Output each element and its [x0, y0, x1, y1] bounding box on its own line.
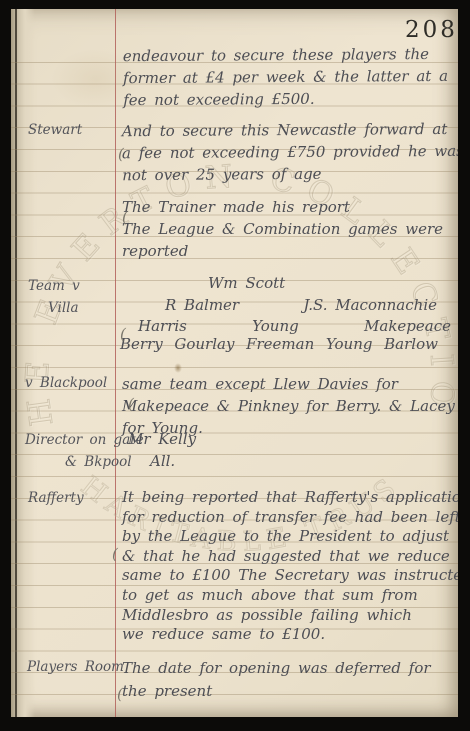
handwritten-line: And to secure this Newcastle forward at — [122, 119, 458, 143]
margin-note-line: Director on gate — [25, 430, 144, 452]
margin-note-line: Villa — [48, 298, 80, 320]
team-row: Wm Scott — [208, 274, 285, 292]
player-name: Gourlay — [174, 335, 234, 353]
margin-note-gate: Director on gate & Bkpool — [25, 430, 144, 473]
margin-note-players-room: Players Room — [27, 657, 124, 679]
handwritten-line: not over 25 years of age — [122, 162, 458, 186]
handwritten-line: fee not exceeding £500. — [123, 87, 448, 111]
minute-paragraph: The date for opening was deferred for th… — [122, 657, 431, 703]
handwritten-line: The Trainer made his report — [122, 197, 443, 219]
handwritten-line: & that he had suggested that we reduce — [122, 547, 458, 567]
handwritten-line: Mr Kelly — [128, 430, 196, 448]
pencil-tick: ( — [112, 545, 118, 563]
team-row: Harris Young Makepeace — [138, 317, 451, 335]
page-number: 208 — [405, 17, 458, 43]
player-name: Makepeace — [364, 317, 451, 335]
player-name: R Balmer — [165, 296, 239, 314]
team-row: Berry Gourlay Freeman Young Barlow — [120, 335, 438, 353]
handwritten-line: for reduction of transfer fee had been l… — [122, 508, 458, 528]
stain — [174, 363, 182, 373]
red-margin-line — [115, 9, 116, 717]
pencil-tick: ( — [117, 685, 123, 703]
handwritten-line: reported — [122, 241, 443, 263]
player-name: Berry — [120, 335, 163, 353]
pencil-tick: ( — [128, 395, 134, 413]
player-name: Harris — [138, 317, 187, 335]
handwritten-line: we reduce same to £100. — [122, 625, 458, 645]
player-name: J.S. Maconnachie — [303, 296, 437, 314]
minute-paragraph: And to secure this Newcastle forward at … — [122, 119, 458, 187]
minute-book-page: THE EVERTON COLLECTION CHARITABLE TRUST … — [11, 9, 458, 717]
handwritten-line: Middlesbro as possible failing which — [122, 606, 458, 626]
player-name: Wm Scott — [208, 274, 285, 292]
team-row: R Balmer J.S. Maconnachie — [165, 296, 437, 314]
margin-note-line: & Bkpool — [65, 452, 144, 474]
handwritten-line: endeavour to secure these players the — [123, 44, 448, 68]
photo-background: THE EVERTON COLLECTION CHARITABLE TRUST … — [0, 0, 470, 731]
minute-paragraph: endeavour to secure these players the fo… — [123, 44, 448, 112]
handwritten-line: Makepeace & Pinkney for Berry. & Lacey — [122, 395, 455, 417]
player-name: Young — [326, 335, 373, 353]
handwritten-line: by the League to the President to adjust — [122, 527, 458, 547]
minute-paragraph: The Trainer made his report The League &… — [122, 197, 443, 262]
player-name: Freeman — [246, 335, 314, 353]
handwritten-line: same to £100 The Secretary was instructe… — [122, 566, 458, 586]
pencil-tick: ( — [120, 325, 126, 343]
handwritten-line: the present — [122, 680, 431, 703]
player-name: Young — [252, 317, 299, 335]
pencil-tick: ( — [118, 145, 124, 163]
handwritten-line: All. — [150, 452, 175, 470]
handwritten-line: former at £4 per week & the latter at a — [123, 66, 448, 90]
margin-note-line: Team v — [28, 276, 80, 298]
margin-note-blackpool: v Blackpool — [25, 373, 107, 395]
handwritten-line: It being reported that Rafferty's applic… — [122, 488, 458, 508]
margin-note-stewart: Stewart — [28, 120, 82, 142]
margin-note-rafferty: Rafferty — [28, 488, 84, 510]
handwritten-line: The League & Combination games were — [122, 219, 443, 241]
handwritten-line: The date for opening was deferred for — [122, 657, 431, 680]
handwritten-line: same team except Llew Davies for — [122, 373, 455, 395]
handwritten-line: a fee not exceeding £750 provided he was — [122, 141, 458, 165]
margin-note-team: Team v Villa — [28, 276, 80, 319]
player-name: Barlow — [384, 335, 438, 353]
pencil-tick: ( — [122, 208, 128, 226]
handwritten-line: to get as much above that sum from — [122, 586, 458, 606]
minute-paragraph: It being reported that Rafferty's applic… — [122, 488, 458, 645]
